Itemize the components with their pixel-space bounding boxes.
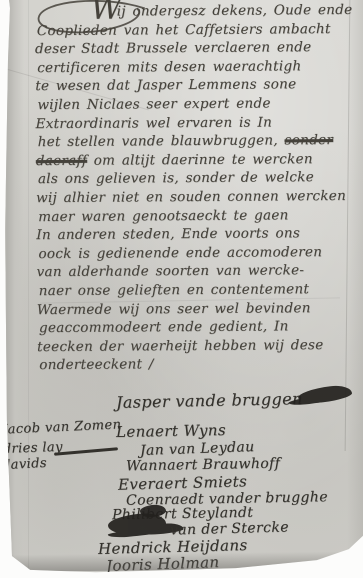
manuscript-line: geaccommodeert ende gedient, In xyxy=(39,317,359,338)
paper-crease xyxy=(28,0,29,578)
manuscript-line: W ij ondergesz dekens, Oude ende xyxy=(35,1,357,22)
line-text: deser Stadt Brussele verclaeren ende xyxy=(35,39,312,57)
line-text: om altijt daerinne te wercken xyxy=(87,151,313,169)
manuscript-line: het stellen vande blauwbruggen, sonder xyxy=(38,131,358,152)
manuscript-line: maer waren genootsaeckt te gaen xyxy=(38,205,358,226)
line-text: naer onse gelieften en contentement xyxy=(39,281,310,299)
line-text: geaccommodeert ende gedient, In xyxy=(39,318,289,336)
signature: Lenaert Wyns xyxy=(116,421,226,441)
manuscript-line: onderteeckent / xyxy=(39,354,359,375)
manuscript-line: In anderen steden, Ende voorts ons xyxy=(36,224,358,245)
manuscript-line: teecken der waerheijt hebben wij dese xyxy=(37,336,359,357)
manuscript-line: deser Stadt Brussele verclaeren ende xyxy=(35,38,357,59)
line-text: te wesen dat Jasper Lemmens sone xyxy=(35,77,296,95)
signature: Wannaert Brauwhoff xyxy=(126,456,281,475)
manuscript-line: Extraordinaris wel ervaren is In xyxy=(35,112,357,133)
manuscript-line: van alderhande soorten van wercke- xyxy=(37,261,359,282)
margin-signature: davids xyxy=(2,456,48,473)
manuscript-line: daeraff om altijt daerinne te wercken xyxy=(36,150,358,171)
paper-edge-bottom xyxy=(6,551,359,572)
struck-text: sonder xyxy=(284,132,333,148)
manuscript-scan: W ij ondergesz dekens, Oude ende Cooplie… xyxy=(0,0,363,578)
manuscript-line: oock is gedienende ende accomoderen xyxy=(38,243,358,264)
manuscript-line: als ons gelieven is, sonder de welcke xyxy=(38,168,358,189)
initial-capital: W xyxy=(91,0,122,25)
pen-stroke xyxy=(54,447,118,456)
line-text: wij alhier niet en souden connen wercken xyxy=(36,188,346,206)
line-text: maer waren genootsaeckt te gaen xyxy=(38,207,289,225)
line-text: Waermede wij ons seer wel bevinden xyxy=(37,300,311,318)
signature-jasper-vande-bruggen: Jasper vande bruggen xyxy=(116,389,303,412)
manuscript-line: wijlen Niclaes seer expert ende xyxy=(37,94,357,115)
manuscript-line: Waermede wij ons seer wel bevinden xyxy=(37,298,359,319)
line-text: In anderen steden, Ende voorts ons xyxy=(36,225,300,243)
manuscript-body: W ij ondergesz dekens, Oude ende Cooplie… xyxy=(35,1,360,375)
line-text: wijlen Niclaes seer expert ende xyxy=(37,95,270,113)
line-text: als ons gelieven is, sonder de welcke xyxy=(38,170,314,188)
manuscript-line: te wesen dat Jasper Lemmens sone xyxy=(35,75,357,96)
line-text: oock is gedienende ende accomoderen xyxy=(38,244,322,262)
paper-sheet: W ij ondergesz dekens, Oude ende Cooplie… xyxy=(0,0,363,578)
line-text: certificeren mits desen waerachtigh xyxy=(37,58,301,76)
paper-edge-left xyxy=(0,0,24,578)
line-text: onderteeckent / xyxy=(39,357,154,374)
manuscript-line: naer onse gelieften en contentement xyxy=(39,280,359,301)
manuscript-line: wij alhier niet en souden connen wercken xyxy=(36,187,358,208)
line-text: het stellen vande blauwbruggen, xyxy=(38,133,285,151)
manuscript-line: certificeren mits desen waerachtigh xyxy=(37,57,357,78)
line-text: teecken der waerheijt hebben wij dese xyxy=(37,337,323,355)
line-text: Extraordinaris wel ervaren is In xyxy=(35,114,272,132)
struck-text: daeraff xyxy=(36,153,87,169)
line-text: van alderhande soorten van wercke- xyxy=(37,263,305,281)
